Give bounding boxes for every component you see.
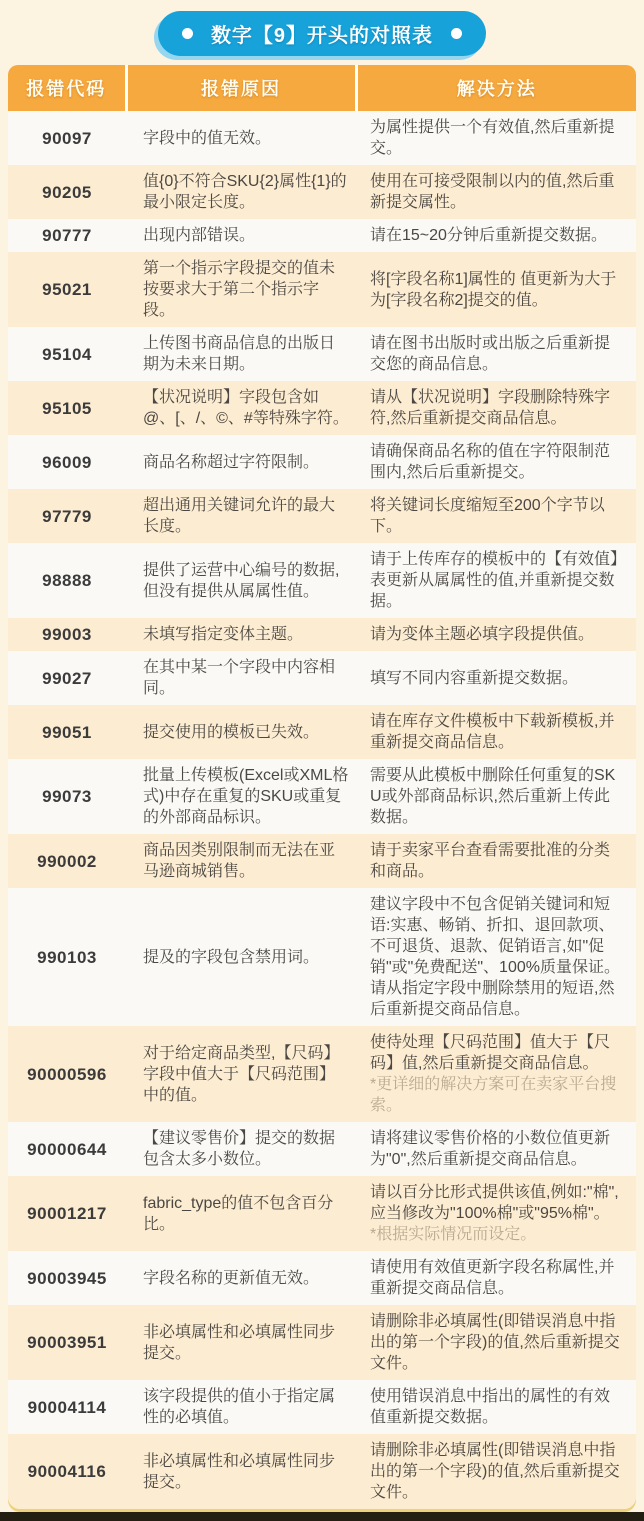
error-reason-cell: 第一个指示字段提交的值未按要求大于第二个指示字段。	[126, 252, 356, 327]
error-code-cell: 90003945	[8, 1251, 126, 1305]
error-code-cell: 90000644	[8, 1122, 126, 1176]
col-header-error-code: 报错代码	[8, 65, 126, 111]
error-reason-cell: 【建议零售价】提交的数据包含太多小数位。	[126, 1122, 356, 1176]
solution-cell: 请于上传库存的模板中的【有效值】表更新从属属性的值,并重新提交数据。	[356, 543, 636, 618]
error-reason-cell: 出现内部错误。	[126, 219, 356, 252]
page: 数字【9】开头的对照表 报错代码 报错原因 解决方法 90097字段中的值无效。…	[0, 0, 644, 1521]
error-code-cell: 990002	[8, 834, 126, 888]
error-reason-cell: 未填写指定变体主题。	[126, 618, 356, 651]
error-code-cell: 95104	[8, 327, 126, 381]
error-code-cell: 99073	[8, 759, 126, 834]
error-code-table: 报错代码 报错原因 解决方法 90097字段中的值无效。为属性提供一个有效值,然…	[8, 65, 636, 1509]
table-row: 990002商品因类别限制而无法在亚马逊商城销售。请于卖家平台查看需要批准的分类…	[8, 834, 636, 888]
error-reason-cell: 在其中某一个字段中内容相同。	[126, 651, 356, 705]
error-reason-cell: 非必填属性和必填属性同步提交。	[126, 1305, 356, 1380]
bullet-dot-icon	[451, 28, 462, 39]
error-reason-cell: 提及的字段包含禁用词。	[126, 888, 356, 1026]
error-reason-cell: 提交使用的模板已失效。	[126, 705, 356, 759]
solution-cell: 请删除非必填属性(即错误消息中指出的第一个字段)的值,然后重新提交文件。	[356, 1305, 636, 1380]
solution-cell: 使待处理【尺码范围】值大于【尺码】值,然后重新提交商品信息。*更详细的解决方案可…	[356, 1026, 636, 1122]
table-row: 95104上传图书商品信息的出版日期为未来日期。请在图书出版时或出版之后重新提交…	[8, 327, 636, 381]
table-row: 90000644【建议零售价】提交的数据包含太多小数位。请将建议零售价格的小数位…	[8, 1122, 636, 1176]
table-row: 90205值{0}不符合SKU{2}属性{1}的最小限定长度。使用在可接受限制以…	[8, 165, 636, 219]
solution-cell: 请为变体主题必填字段提供值。	[356, 618, 636, 651]
error-code-cell: 90205	[8, 165, 126, 219]
solution-cell: 使用在可接受限制以内的值,然后重新提交属性。	[356, 165, 636, 219]
solution-cell: 请在图书出版时或出版之后重新提交您的商品信息。	[356, 327, 636, 381]
table-row: 90000596对于给定商品类型,【尺码】字段中值大于【尺码范围】中的值。使待处…	[8, 1026, 636, 1122]
table-body: 90097字段中的值无效。为属性提供一个有效值,然后重新提交。90205值{0}…	[8, 111, 636, 1509]
table-row: 90003951非必填属性和必填属性同步提交。请删除非必填属性(即错误消息中指出…	[8, 1305, 636, 1380]
error-code-cell: 99003	[8, 618, 126, 651]
solution-cell: 请确保商品名称的值在字符限制范围内,然后后重新提交。	[356, 435, 636, 489]
page-title: 数字【9】开头的对照表	[158, 11, 486, 56]
table-row: 90004116非必填属性和必填属性同步提交。请删除非必填属性(即错误消息中指出…	[8, 1434, 636, 1509]
solution-cell: 请将建议零售价格的小数位值更新为"0",然后重新提交商品信息。	[356, 1122, 636, 1176]
error-reason-cell: 提供了运营中心编号的数据,但没有提供从属属性值。	[126, 543, 356, 618]
table-row: 90004114该字段提供的值小于指定属性的必填值。使用错误消息中指出的属性的有…	[8, 1380, 636, 1434]
table-row: 99003未填写指定变体主题。请为变体主题必填字段提供值。	[8, 618, 636, 651]
error-reason-cell: 商品名称超过字符限制。	[126, 435, 356, 489]
solution-cell: 请以百分比形式提供该值,例如:"棉",应当修改为"100%棉"或"95%棉"。*…	[356, 1176, 636, 1251]
solution-cell: 建议字段中不包含促销关键词和短语:实惠、畅销、折扣、退回款项、不可退货、退款、促…	[356, 888, 636, 1026]
table-row: 97779超出通用关键词允许的最大长度。将关键词长度缩短至200个字节以下。	[8, 489, 636, 543]
solution-cell: 请在15~20分钟后重新提交数据。	[356, 219, 636, 252]
error-code-cell: 90004114	[8, 1380, 126, 1434]
table-row: 90097字段中的值无效。为属性提供一个有效值,然后重新提交。	[8, 111, 636, 165]
error-reason-cell: fabric_type的值不包含百分比。	[126, 1176, 356, 1251]
error-code-cell: 98888	[8, 543, 126, 618]
table-row: 98888提供了运营中心编号的数据,但没有提供从属属性值。请于上传库存的模板中的…	[8, 543, 636, 618]
bullet-dot-icon	[182, 28, 193, 39]
col-header-solution: 解决方法	[356, 65, 636, 111]
table-row: 90777出现内部错误。请在15~20分钟后重新提交数据。	[8, 219, 636, 252]
table-row: 99027在其中某一个字段中内容相同。填写不同内容重新提交数据。	[8, 651, 636, 705]
error-code-cell: 90097	[8, 111, 126, 165]
error-code-cell: 990103	[8, 888, 126, 1026]
error-reason-cell: 值{0}不符合SKU{2}属性{1}的最小限定长度。	[126, 165, 356, 219]
solution-cell: 为属性提供一个有效值,然后重新提交。	[356, 111, 636, 165]
table-row: 90001217fabric_type的值不包含百分比。请以百分比形式提供该值,…	[8, 1176, 636, 1251]
table-row: 99051提交使用的模板已失效。请在库存文件模板中下载新模板,并重新提交商品信息…	[8, 705, 636, 759]
error-reason-cell: 超出通用关键词允许的最大长度。	[126, 489, 356, 543]
error-code-cell: 99027	[8, 651, 126, 705]
solution-cell: 请从【状况说明】字段删除特殊字符,然后重新提交商品信息。	[356, 381, 636, 435]
solution-note: *根据实际情况而设定。	[370, 1224, 624, 1245]
error-code-cell: 97779	[8, 489, 126, 543]
solution-cell: 需要从此模板中删除任何重复的SKU或外部商品标识,然后重新上传此数据。	[356, 759, 636, 834]
error-code-cell: 95021	[8, 252, 126, 327]
error-reason-cell: 【状况说明】字段包含如@、[、/、©、#等特殊字符。	[126, 381, 356, 435]
solution-cell: 请删除非必填属性(即错误消息中指出的第一个字段)的值,然后重新提交文件。	[356, 1434, 636, 1509]
error-reason-cell: 批量上传模板(Excel或XML格式)中存在重复的SKU或重复的外部商品标识。	[126, 759, 356, 834]
solution-cell: 请于卖家平台查看需要批准的分类和商品。	[356, 834, 636, 888]
error-reason-cell: 字段中的值无效。	[126, 111, 356, 165]
col-header-error-reason: 报错原因	[126, 65, 356, 111]
table-row: 96009商品名称超过字符限制。请确保商品名称的值在字符限制范围内,然后后重新提…	[8, 435, 636, 489]
solution-cell: 将关键词长度缩短至200个字节以下。	[356, 489, 636, 543]
page-header: 数字【9】开头的对照表	[0, 0, 644, 65]
error-code-cell: 90001217	[8, 1176, 126, 1251]
error-code-cell: 96009	[8, 435, 126, 489]
error-reason-cell: 非必填属性和必填属性同步提交。	[126, 1434, 356, 1509]
error-code-cell: 99051	[8, 705, 126, 759]
table-row: 90003945字段名称的更新值无效。请使用有效值更新字段名称属性,并重新提交商…	[8, 1251, 636, 1305]
table-row: 95021第一个指示字段提交的值未按要求大于第二个指示字段。将[字段名称1]属性…	[8, 252, 636, 327]
table-header-row: 报错代码 报错原因 解决方法	[8, 65, 636, 111]
error-code-cell: 90000596	[8, 1026, 126, 1122]
solution-cell: 将[字段名称1]属性的 值更新为大于为[字段名称2]提交的值。	[356, 252, 636, 327]
solution-cell: 请在库存文件模板中下载新模板,并重新提交商品信息。	[356, 705, 636, 759]
error-reason-cell: 对于给定商品类型,【尺码】字段中值大于【尺码范围】中的值。	[126, 1026, 356, 1122]
page-title-text: 数字【9】开头的对照表	[211, 19, 433, 48]
error-reason-cell: 商品因类别限制而无法在亚马逊商城销售。	[126, 834, 356, 888]
error-reason-cell: 该字段提供的值小于指定属性的必填值。	[126, 1380, 356, 1434]
error-code-cell: 90003951	[8, 1305, 126, 1380]
solution-cell: 请使用有效值更新字段名称属性,并重新提交商品信息。	[356, 1251, 636, 1305]
table-row: 95105【状况说明】字段包含如@、[、/、©、#等特殊字符。请从【状况说明】字…	[8, 381, 636, 435]
solution-cell: 使用错误消息中指出的属性的有效值重新提交数据。	[356, 1380, 636, 1434]
error-reason-cell: 字段名称的更新值无效。	[126, 1251, 356, 1305]
error-code-table-card: 报错代码 报错原因 解决方法 90097字段中的值无效。为属性提供一个有效值,然…	[8, 65, 636, 1509]
error-reason-cell: 上传图书商品信息的出版日期为未来日期。	[126, 327, 356, 381]
error-code-cell: 95105	[8, 381, 126, 435]
error-code-cell: 90004116	[8, 1434, 126, 1509]
error-code-cell: 90777	[8, 219, 126, 252]
table-row: 99073批量上传模板(Excel或XML格式)中存在重复的SKU或重复的外部商…	[8, 759, 636, 834]
bottom-strip	[0, 1512, 644, 1521]
solution-cell: 填写不同内容重新提交数据。	[356, 651, 636, 705]
solution-note: *更详细的解决方案可在卖家平台搜索。	[370, 1074, 624, 1116]
table-row: 990103提及的字段包含禁用词。建议字段中不包含促销关键词和短语:实惠、畅销、…	[8, 888, 636, 1026]
